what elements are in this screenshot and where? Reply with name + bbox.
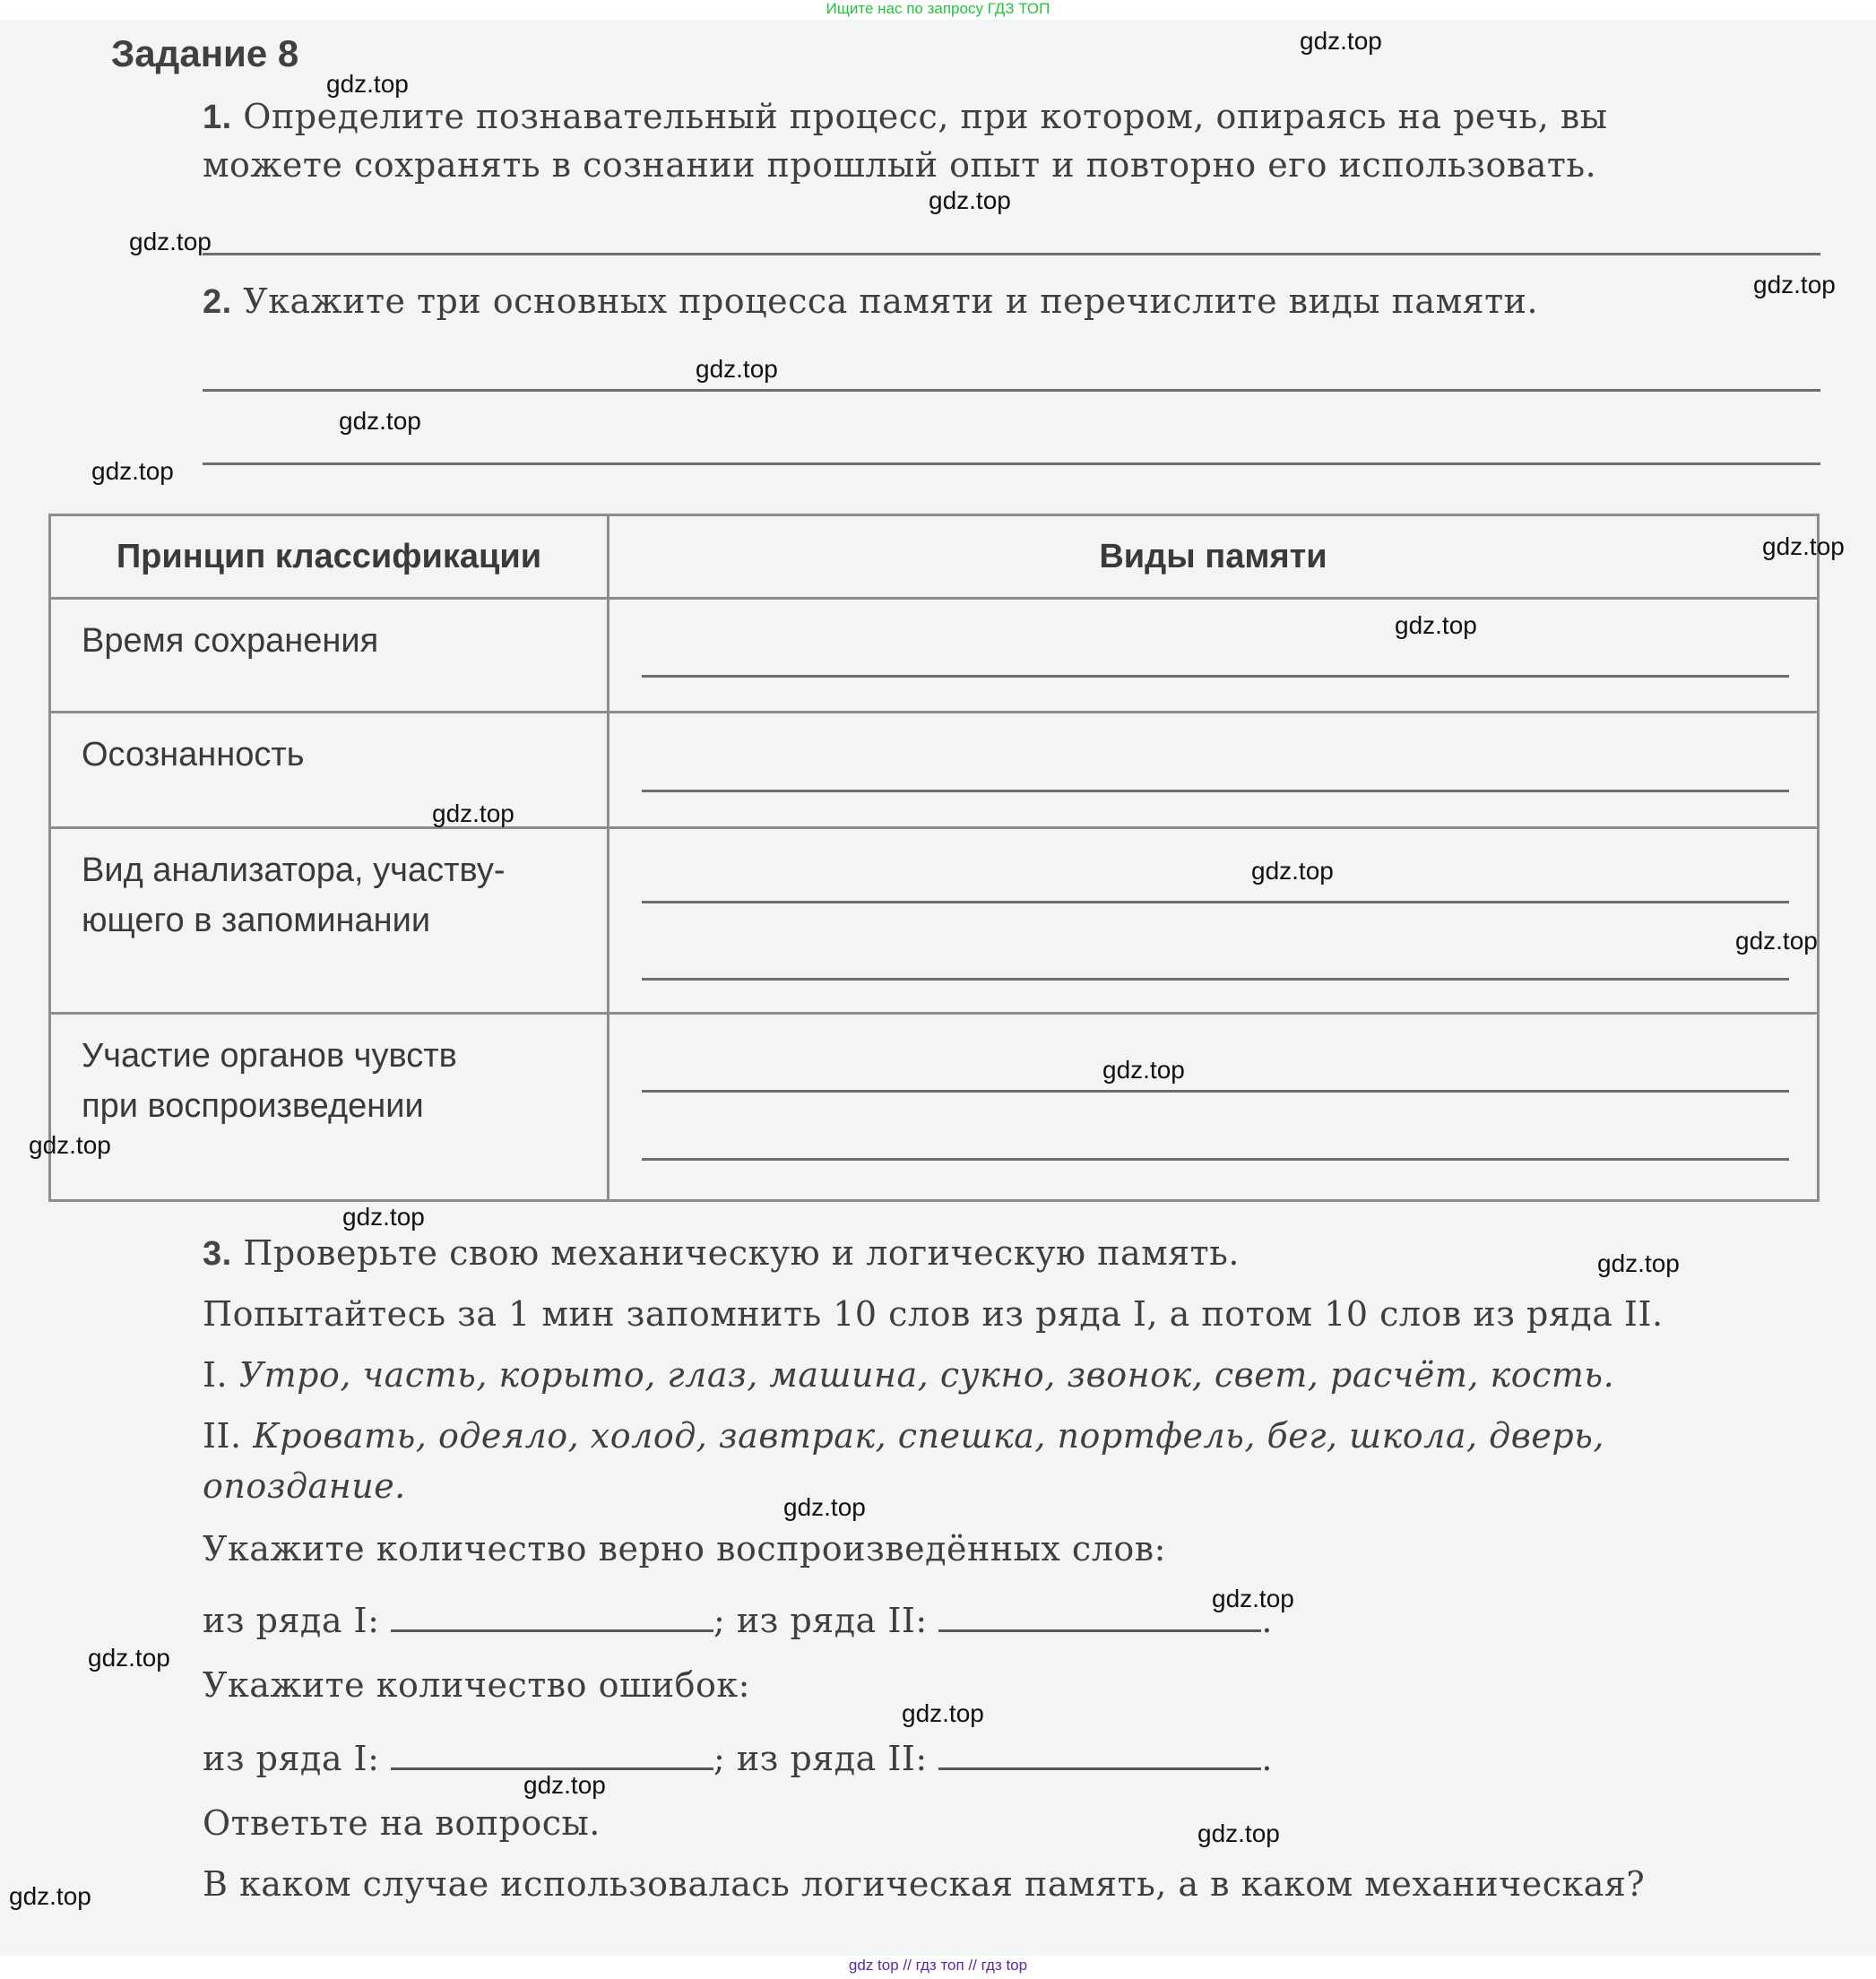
answer-line[interactable] (642, 1158, 1789, 1161)
watermark: gdz.top (523, 1771, 606, 1800)
row2-words-line2: опоздание. (203, 1466, 406, 1506)
task1-line1: 1. Определите познавательный процесс, пр… (203, 97, 1823, 137)
from-row2-label: ; из ряда II: (713, 1601, 928, 1640)
table-row: Осознанность (50, 713, 1819, 828)
watermark: gdz.top (1735, 927, 1818, 955)
answer-line[interactable] (642, 675, 1789, 678)
search-banner[interactable]: Ищите нас по запросу ГДЗ ТОП (0, 0, 1876, 18)
answer-line[interactable] (642, 1090, 1789, 1093)
from-row1-label: из ряда I: (203, 1601, 379, 1640)
watermark: gdz.top (129, 228, 212, 256)
answer-prompt: Ответьте на вопросы. (203, 1803, 601, 1843)
correct-answers-line: из ряда I: ; из ряда II: . (203, 1601, 1273, 1640)
row2-label: II. (203, 1416, 242, 1456)
watermark: gdz.top (342, 1203, 425, 1231)
answer-line[interactable] (642, 901, 1789, 903)
watermark: gdz.top (1300, 27, 1382, 56)
task2-line: 2. Укажите три основных процесса памяти … (203, 281, 1538, 322)
task2-number: 2. (203, 283, 232, 321)
watermark: gdz.top (1753, 271, 1836, 299)
watermark: gdz.top (29, 1131, 111, 1160)
correct-prompt: Укажите количество верно воспроизведённы… (203, 1529, 1166, 1569)
watermark: gdz.top (432, 799, 514, 828)
task3-title: Проверьте свою механическую и логическую… (243, 1233, 1240, 1273)
errors-prompt: Укажите количество ошибок: (203, 1665, 750, 1705)
principle-text-line2: при воспроизведении (82, 1081, 607, 1131)
principle-cell: Вид анализатора, участву- ющего в запоми… (50, 828, 609, 1014)
memory-classification-table: Принцип классификации Виды памяти Время … (48, 514, 1820, 1202)
answer-line[interactable] (642, 790, 1789, 792)
principle-text: Вид анализатора, участву- ющего в запоми… (51, 829, 607, 946)
row2-words-line1: Кровать, одеяло, холод, завтрак, спешка,… (253, 1416, 1604, 1456)
watermark: gdz.top (9, 1882, 91, 1911)
principle-cell: Участие органов чувств при воспроизведен… (50, 1014, 609, 1201)
answer-cell[interactable] (609, 1014, 1819, 1201)
answer-line[interactable] (642, 978, 1789, 981)
row1-label: I. (203, 1355, 228, 1395)
answer-cell[interactable] (609, 713, 1819, 828)
errors-row1-field[interactable] (391, 1741, 713, 1770)
task-heading: Задание 8 (111, 32, 298, 75)
principle-text: Осознанность (51, 713, 607, 780)
watermark: gdz.top (1251, 857, 1334, 886)
header-memory-types: Виды памяти (609, 515, 1819, 599)
watermark: gdz.top (929, 186, 1011, 215)
task3-instruction: Попытайтесь за 1 мин запомнить 10 слов и… (203, 1294, 1664, 1334)
watermark: gdz.top (1597, 1249, 1680, 1278)
from-row2-label: ; из ряда II: (713, 1739, 928, 1778)
header-principle: Принцип классификации (50, 515, 609, 599)
watermark: gdz.top (1395, 611, 1477, 640)
principle-text-line1: Вид анализатора, участву- (82, 845, 607, 895)
principle-cell: Осознанность (50, 713, 609, 828)
answer-cell[interactable] (609, 599, 1819, 713)
watermark: gdz.top (1212, 1585, 1294, 1613)
table-row: Участие органов чувств при воспроизведен… (50, 1014, 1819, 1201)
principle-text: Участие органов чувств при воспроизведен… (51, 1015, 607, 1131)
task3-row2-cont: опоздание. (203, 1466, 406, 1506)
task1-number: 1. (203, 99, 232, 136)
task3-row2: II. Кровать, одеяло, холод, завтрак, спе… (203, 1416, 1604, 1456)
table-header-row: Принцип классификации Виды памяти (50, 515, 1819, 599)
errors-row2-field[interactable] (938, 1741, 1261, 1770)
task3-title-line: 3. Проверьте свою механическую и логичес… (203, 1233, 1240, 1274)
task2-text: Укажите три основных процесса памяти и п… (243, 281, 1538, 321)
task1-text-line1: Определите познавательный процесс, при к… (243, 97, 1607, 136)
task2-answer-line-2[interactable] (203, 462, 1820, 465)
task2-answer-line-1[interactable] (203, 389, 1820, 392)
watermark: gdz.top (326, 70, 409, 99)
watermark: gdz.top (1197, 1819, 1280, 1848)
principle-text: Время сохранения (51, 600, 607, 666)
watermark: gdz.top (783, 1493, 866, 1522)
watermark: gdz.top (91, 457, 174, 486)
final-question: В каком случае использовалась логическая… (203, 1864, 1645, 1904)
errors-answers-line: из ряда I: ; из ряда II: . (203, 1739, 1273, 1778)
row1-words: Утро, часть, корыто, глаз, машина, сукно… (239, 1355, 1615, 1395)
task1-line2: можете сохранять в сознании прошлый опыт… (203, 145, 1596, 185)
table-row: Вид анализатора, участву- ющего в запоми… (50, 828, 1819, 1014)
watermark: gdz.top (696, 355, 778, 384)
principle-cell: Время сохранения (50, 599, 609, 713)
task3-number: 3. (203, 1235, 232, 1273)
watermark: gdz.top (1762, 532, 1845, 561)
watermark: gdz.top (88, 1644, 170, 1672)
watermark: gdz.top (339, 407, 421, 436)
watermark: gdz.top (902, 1699, 984, 1728)
principle-text-line1: Участие органов чувств (82, 1031, 607, 1081)
task1-answer-line[interactable] (203, 253, 1820, 255)
watermark: gdz.top (1102, 1056, 1185, 1085)
footer-links[interactable]: gdz top // гдз топ // гдз top (0, 1956, 1876, 1975)
task3-row1: I. Утро, часть, корыто, глаз, машина, су… (203, 1355, 1614, 1395)
correct-row1-field[interactable] (391, 1603, 713, 1632)
answer-cell[interactable] (609, 828, 1819, 1014)
table-row: Время сохранения (50, 599, 1819, 713)
from-row1-label: из ряда I: (203, 1739, 379, 1778)
principle-text-line2: ющего в запоминании (82, 895, 607, 946)
